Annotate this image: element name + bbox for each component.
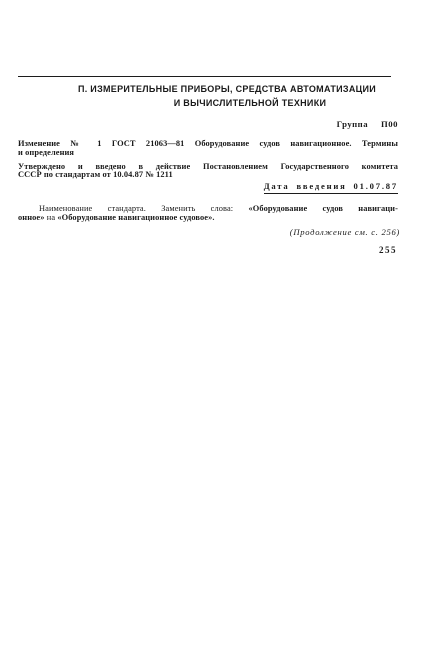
group-line: ГруппаП00 [337, 120, 398, 129]
effective-date: Дата введения 01.07.87 [264, 182, 398, 194]
page-number: 255 [379, 246, 397, 256]
continuation-note: (Продолжение см. с. 256) [290, 228, 400, 237]
change-line1-bold: «Оборудование судов навигаци- [249, 204, 399, 213]
change-instruction-line2: онное» на «Оборудование навигационное су… [18, 213, 215, 222]
top-rule [18, 76, 391, 78]
section-heading-line1: П. ИЗМЕРИТЕЛЬНЫЕ ПРИБОРЫ, СРЕДСТВА АВТОМ… [42, 83, 412, 97]
approval-line2: СССР по стандартам от 10.04.87 № 1211 [18, 170, 173, 179]
group-label: Группа [337, 119, 368, 129]
amendment-title-line1: Изменение № 1 ГОСТ 21063—81 Оборудование… [18, 139, 398, 148]
section-heading: П. ИЗМЕРИТЕЛЬНЫЕ ПРИБОРЫ, СРЕДСТВА АВТОМ… [42, 83, 412, 110]
change-line2-bold-start: онное» [18, 213, 45, 222]
change-line2-regular: на [47, 213, 55, 222]
group-code: П00 [381, 119, 398, 129]
change-line2-bold-end: «Оборудование навигационное судовое». [57, 213, 214, 222]
amendment-title-line2: и определения [18, 148, 74, 157]
section-heading-line2: И ВЫЧИСЛИТЕЛЬНОЙ ТЕХНИКИ [42, 97, 412, 111]
scanned-document-page: П. ИЗМЕРИТЕЛЬНЫЕ ПРИБОРЫ, СРЕДСТВА АВТОМ… [0, 0, 422, 663]
